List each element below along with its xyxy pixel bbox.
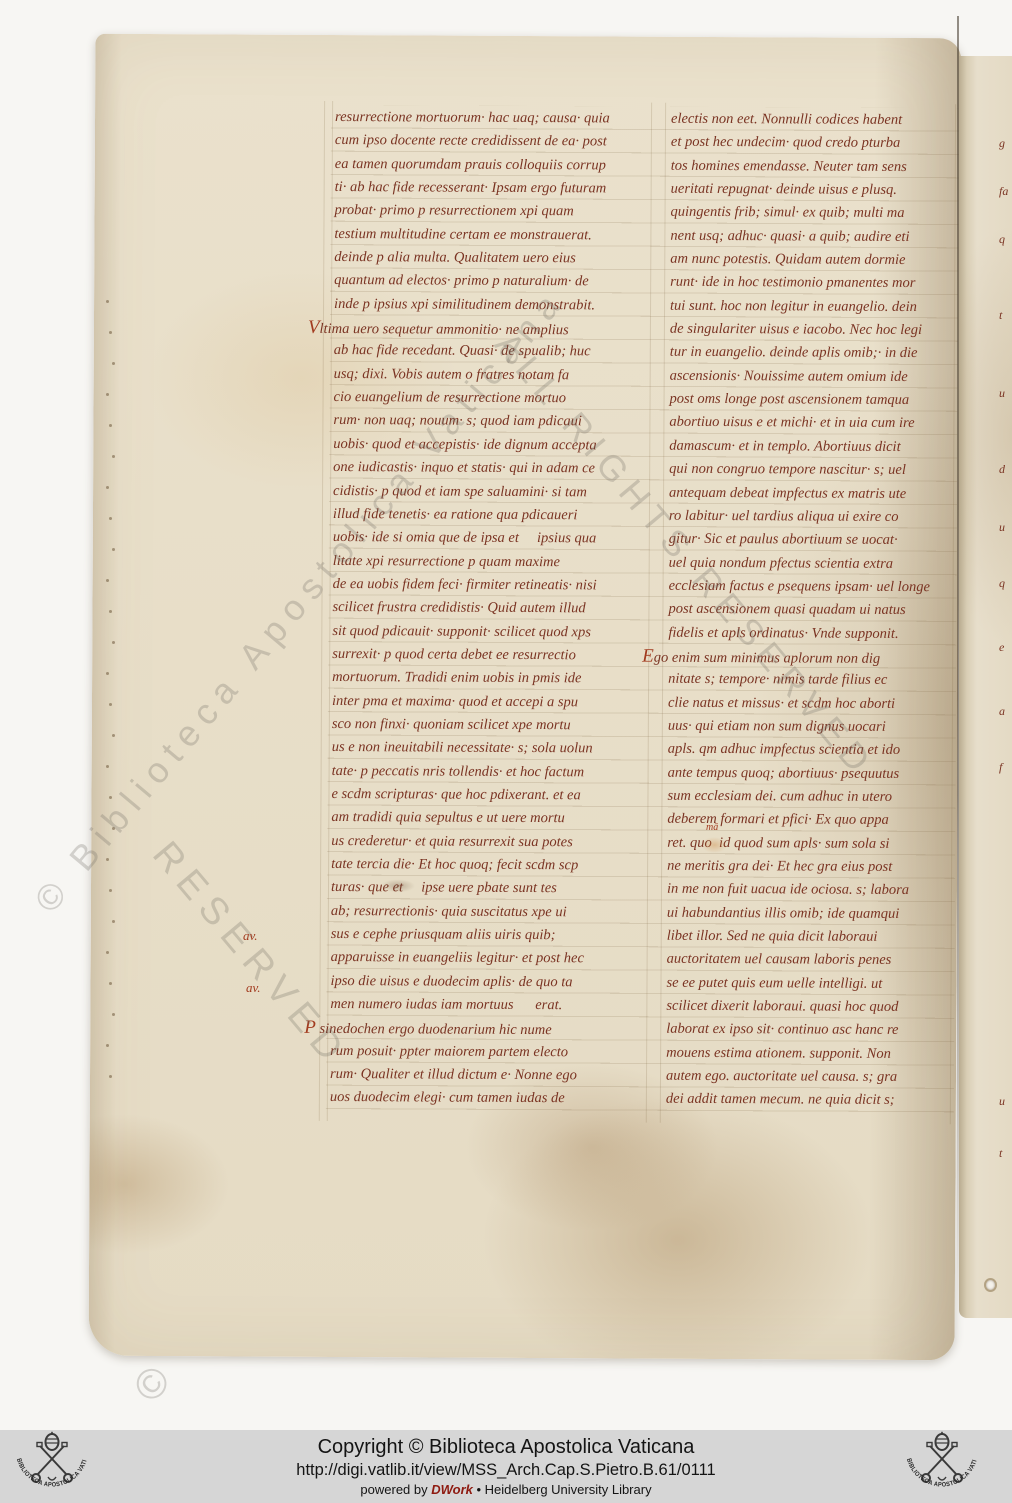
manuscript-line: cio euangelium de resurrectione mortuo bbox=[334, 386, 652, 411]
manuscript-line: clie natus et missus· et scdm hoc aborti bbox=[668, 691, 968, 716]
manuscript-line: apls. qm adhuc impfectus scientia et ido bbox=[668, 738, 968, 763]
manuscript-line: one iudicastis· inquo et statis· qui in … bbox=[333, 456, 651, 481]
next-page-text-fragment: u bbox=[999, 520, 1005, 535]
manuscript-line: apparuisse in euangeliis legitur· et pos… bbox=[331, 946, 649, 971]
manuscript-line: Ego enim sum minimus aplorum non dig bbox=[642, 645, 968, 670]
manuscript-line: ret. quo id quod sum apls· sum sola si bbox=[667, 831, 967, 856]
manuscript-line: antequam debeat impfectus ex matris ute bbox=[669, 481, 969, 506]
next-page-text-fragment: g bbox=[999, 136, 1005, 151]
next-page-text-fragment: a bbox=[999, 704, 1005, 719]
manuscript-line: uus· qui etiam non sum dignus uocari bbox=[668, 715, 968, 740]
manuscript-line: turas· que et ipse uere pbate sunt tes bbox=[331, 876, 649, 901]
next-page-text-fragment: q bbox=[999, 232, 1005, 247]
vatican-library-seal-left: BIBLIOTECA APOSTOLICA VATICANA bbox=[12, 1431, 92, 1501]
manuscript-line: uel quia nondum pfectus scientia extra bbox=[669, 551, 969, 576]
manuscript-line: probat· primo p resurrectionem xpi quam bbox=[334, 199, 652, 224]
manuscript-line: gitur· Sic et paulus abortiuum se uocat· bbox=[669, 528, 969, 553]
manuscript-line: ui habundantius illis omib; ide quamqui bbox=[667, 901, 967, 926]
manuscript-line: resurrectione mortuorum· hac uaq; causa·… bbox=[335, 106, 653, 131]
manuscript-line: am nunc potestis. Quidam autem dormie bbox=[670, 248, 970, 273]
prick-mark bbox=[106, 672, 109, 675]
manuscript-line: sco non finxi· quoniam scilicet xpe mort… bbox=[332, 713, 650, 738]
dwork-brand: DWork bbox=[431, 1482, 473, 1497]
manuscript-line: scilicet dixerit laboraui. quasi hoc quo… bbox=[666, 995, 966, 1020]
manuscript-line: nitate s; tempore· nimis tarde filius ec bbox=[668, 668, 968, 693]
prick-mark bbox=[106, 1044, 109, 1047]
footer-bar: Copyright © Biblioteca Apostolica Vatica… bbox=[0, 1430, 1012, 1503]
footer-text-block: Copyright © Biblioteca Apostolica Vatica… bbox=[0, 1435, 1012, 1499]
manuscript-line: quantum ad electos· primo p naturalium· … bbox=[334, 269, 652, 294]
prick-mark bbox=[106, 765, 109, 768]
manuscript-line: qui non congruo tempore nascitur· s; uel bbox=[669, 458, 969, 483]
prick-mark bbox=[109, 889, 112, 892]
powered-by-separator: • bbox=[473, 1482, 485, 1497]
manuscript-line: tur in euangelio. deinde aplis omib;· in… bbox=[670, 341, 970, 366]
manuscript-line: am tradidi quia sepultus e ut uere mortu bbox=[331, 806, 649, 831]
prick-mark bbox=[112, 641, 115, 644]
ruling-vertical-line bbox=[319, 101, 325, 1121]
footer-powered-by: powered by DWork • Heidelberg University… bbox=[0, 1481, 1012, 1499]
manuscript-line: sus e cephe priusquam aliis uiris quib; bbox=[331, 923, 649, 948]
manuscript-line: surrexit· p quod certa debet ee resurrec… bbox=[332, 643, 650, 668]
manuscript-line: uobis· quod et accepistis· ide dignum ac… bbox=[333, 433, 651, 458]
manuscript-line: deinde p alia multa. Qualitatem uero eiu… bbox=[334, 246, 652, 271]
prick-mark bbox=[109, 703, 112, 706]
prick-mark bbox=[109, 1075, 112, 1078]
footer-url: http://digi.vatlib.it/view/MSS_Arch.Cap.… bbox=[0, 1459, 1012, 1481]
next-page-text-fragment: fa bbox=[999, 184, 1008, 199]
manuscript-line: tui sunt. hoc non legitur in euangelio. … bbox=[670, 295, 970, 320]
manuscript-line: fidelis et apls ordinatus· Vnde supponit… bbox=[668, 621, 968, 646]
prick-mark bbox=[112, 455, 115, 458]
manuscript-line: uobis· ide si omia que de ipsa et ipsius… bbox=[333, 526, 651, 551]
next-page-text-fragment: f bbox=[999, 760, 1002, 775]
manuscript-line: usq; dixi. Vobis autem o fratres notam f… bbox=[334, 363, 652, 388]
next-page-text-fragment: t bbox=[999, 1146, 1002, 1161]
manuscript-line: litate xpi resurrectione p quam maxime bbox=[333, 550, 651, 575]
manuscript-line: inter pma et maxima· quod et accepi a sp… bbox=[332, 690, 650, 715]
next-page-text-fragment: e bbox=[999, 640, 1004, 655]
prick-mark bbox=[106, 858, 109, 861]
manuscript-line: tate· p peccatis nris tollendis· et hoc … bbox=[332, 760, 650, 785]
prick-mark bbox=[109, 424, 112, 427]
prick-mark bbox=[112, 1013, 115, 1016]
manuscript-line: mouens estima ationem. supponit. Non bbox=[666, 1041, 966, 1066]
prick-mark bbox=[106, 393, 109, 396]
next-page-text-fragment: d bbox=[999, 462, 1005, 477]
vatican-library-seal-right: BIBLIOTECA APOSTOLICA VATICANA bbox=[902, 1431, 982, 1501]
manuscript-line: rum posuit· ppter maiorem partem electo bbox=[330, 1040, 648, 1065]
manuscript-line: mortuorum. Tradidi enim uobis in pmis id… bbox=[332, 666, 650, 691]
prick-mark bbox=[109, 610, 112, 613]
manuscript-line: se ee putet quis eum uelle intelligi. ut bbox=[666, 971, 966, 996]
manuscript-line: ueritati repugnat· deinde uisus e plusq. bbox=[671, 178, 971, 203]
powered-by-prefix: powered by bbox=[360, 1482, 431, 1497]
manuscript-line: de ea uobis fidem feci· firmiter retinea… bbox=[333, 573, 651, 598]
next-page-text-fragment: q bbox=[999, 576, 1005, 591]
digitized-manuscript-scan: resurrectione mortuorum· hac uaq; causa·… bbox=[0, 0, 1012, 1503]
prick-mark bbox=[106, 300, 109, 303]
watermark-copyright-icon: © bbox=[124, 1357, 181, 1412]
next-page-text-fragment: u bbox=[999, 1094, 1005, 1109]
manuscript-line: e scdm scripturas· que hoc pdixerant. et… bbox=[331, 783, 649, 808]
manuscript-line: testium multitudine certam ee monstrauer… bbox=[334, 223, 652, 248]
prick-mark bbox=[106, 951, 109, 954]
next-page-text-fragment: u bbox=[999, 386, 1005, 401]
next-folio-edge: gfaqtuduqeafut bbox=[959, 56, 1012, 1318]
manuscript-line: us e non ineuitabili necessitate· s; sol… bbox=[332, 736, 650, 761]
prick-mark bbox=[112, 548, 115, 551]
manuscript-right-column: electis non eet. Nonnulli codices habent… bbox=[666, 108, 971, 1113]
parchment-page: resurrectione mortuorum· hac uaq; causa·… bbox=[89, 34, 962, 1361]
manuscript-line: Vltima uero sequetur ammonitio· ne ampli… bbox=[308, 316, 652, 341]
manuscript-line: post oms longe post ascensionem tamqua bbox=[669, 388, 969, 413]
prick-mark bbox=[109, 331, 112, 334]
manuscript-line: ante tempus quoq; abortiuus· psequutus bbox=[668, 761, 968, 786]
prick-mark bbox=[112, 362, 115, 365]
manuscript-line: illud fide tenetis· ea ratione qua pdica… bbox=[333, 503, 651, 528]
manuscript-line: cidistis· p quod et iam spe saluamini· s… bbox=[333, 479, 651, 504]
crossed-keys-icon bbox=[32, 1432, 72, 1482]
manuscript-line: P sinedochen ergo duodenarium hic nume bbox=[304, 1016, 648, 1041]
wormhole bbox=[984, 1278, 997, 1292]
manuscript-line: men numero iudas iam mortuus erat. bbox=[330, 993, 648, 1018]
manuscript-line: auctoritatem uel causam laboris penes bbox=[667, 948, 967, 973]
manuscript-line: de singulariter uisus e iacobo. Nec hoc … bbox=[670, 318, 970, 343]
margin-note: av. bbox=[243, 928, 258, 944]
manuscript-line: ro labitur· uel tardius aliqua ui exire … bbox=[669, 505, 969, 530]
manuscript-line: ipso die uisus e duodecim aplis· de quo … bbox=[330, 970, 648, 995]
next-page-text-fragment: t bbox=[999, 308, 1002, 323]
manuscript-line: rum· Qualiter et illud dictum e· Nonne e… bbox=[330, 1063, 648, 1088]
manuscript-line: ab hac fide recedant. Quasi· de spualib;… bbox=[334, 339, 652, 364]
manuscript-line: scilicet frustra credidistis· Quid autem… bbox=[332, 596, 650, 621]
margin-note: av. bbox=[246, 980, 261, 996]
prick-mark bbox=[109, 796, 112, 799]
manuscript-line: uos duodecim elegi· cum tamen iudas de bbox=[330, 1086, 648, 1111]
manuscript-line: damascum· et in templo. Abortiuus dicit bbox=[669, 435, 969, 460]
prick-mark bbox=[112, 734, 115, 737]
manuscript-line: ascensionis· Nouissime autem omium ide bbox=[670, 365, 970, 390]
manuscript-line: abortiuo uisus e et michi· et in uia cum… bbox=[669, 411, 969, 436]
manuscript-line: rum· non uaq; nouum· s; quod iam pdicaui bbox=[333, 409, 651, 434]
manuscript-line: dei addit tamen mecum. ne quia dicit s; bbox=[666, 1088, 966, 1113]
margin-note: mā bbox=[706, 822, 718, 833]
manuscript-line: inde p ipsius xpi similitudinem demonstr… bbox=[334, 293, 652, 318]
prick-mark bbox=[112, 920, 115, 923]
manuscript-line: in me non fuit uacua ide ociosa. s; labo… bbox=[667, 878, 967, 903]
manuscript-left-column: resurrectione mortuorum· hac uaq; causa·… bbox=[330, 106, 653, 1111]
manuscript-line: cum ipso docente recte credidissent de e… bbox=[335, 129, 653, 154]
manuscript-line: libet illor. Sed ne quia dicit laboraui bbox=[667, 925, 967, 950]
prick-mark bbox=[109, 517, 112, 520]
manuscript-line: ea tamen quorumdam prauis colloquiis cor… bbox=[335, 153, 653, 178]
ruling-vertical-line bbox=[660, 103, 666, 1123]
manuscript-line: post ascensionem quasi quadam ui natus bbox=[668, 598, 968, 623]
manuscript-line: tos homines emendasse. Neuter tam sens bbox=[671, 154, 971, 179]
manuscript-line: et post hec undecim· quod credo pturba bbox=[671, 131, 971, 156]
prick-mark bbox=[106, 486, 109, 489]
manuscript-line: runt· ide in hoc testimonio pmanentes mo… bbox=[670, 271, 970, 296]
manuscript-line: tate tercia die· Et hoc quoq; fecit scdm… bbox=[331, 853, 649, 878]
manuscript-line: ne meritis gra dei· Et hec gra eius post bbox=[667, 855, 967, 880]
manuscript-line: ti· ab hac fide recesserant· Ipsam ergo … bbox=[335, 176, 653, 201]
manuscript-line: us crederetur· et quia resurrexit sua po… bbox=[331, 830, 649, 855]
manuscript-line: quingentis frib; simul· ex quib; multi m… bbox=[670, 201, 970, 226]
manuscript-line: laborat ex ipso sit· continuo asc hanc r… bbox=[666, 1018, 966, 1043]
manuscript-line: sum ecclesiam dei. cum adhuc in utero bbox=[667, 785, 967, 810]
manuscript-line: autem ego. auctoritate uel causa. s; gra bbox=[666, 1065, 966, 1090]
manuscript-line: electis non eet. Nonnulli codices habent bbox=[671, 108, 971, 133]
powered-by-library: Heidelberg University Library bbox=[485, 1482, 652, 1497]
footer-copyright: Copyright © Biblioteca Apostolica Vatica… bbox=[0, 1435, 1012, 1459]
manuscript-line: ecclesiam factus e psequens ipsam· uel l… bbox=[669, 575, 969, 600]
manuscript-line: nent usq; adhuc· quasi· a quib; audire e… bbox=[670, 224, 970, 249]
prick-mark bbox=[112, 827, 115, 830]
prick-mark bbox=[106, 579, 109, 582]
manuscript-line: sit quod pdicauit· supponit· scilicet qu… bbox=[332, 620, 650, 645]
prick-mark bbox=[109, 982, 112, 985]
manuscript-line: ab; resurrectionis· quia suscitatus xpe … bbox=[331, 900, 649, 925]
crossed-keys-icon bbox=[922, 1432, 962, 1482]
